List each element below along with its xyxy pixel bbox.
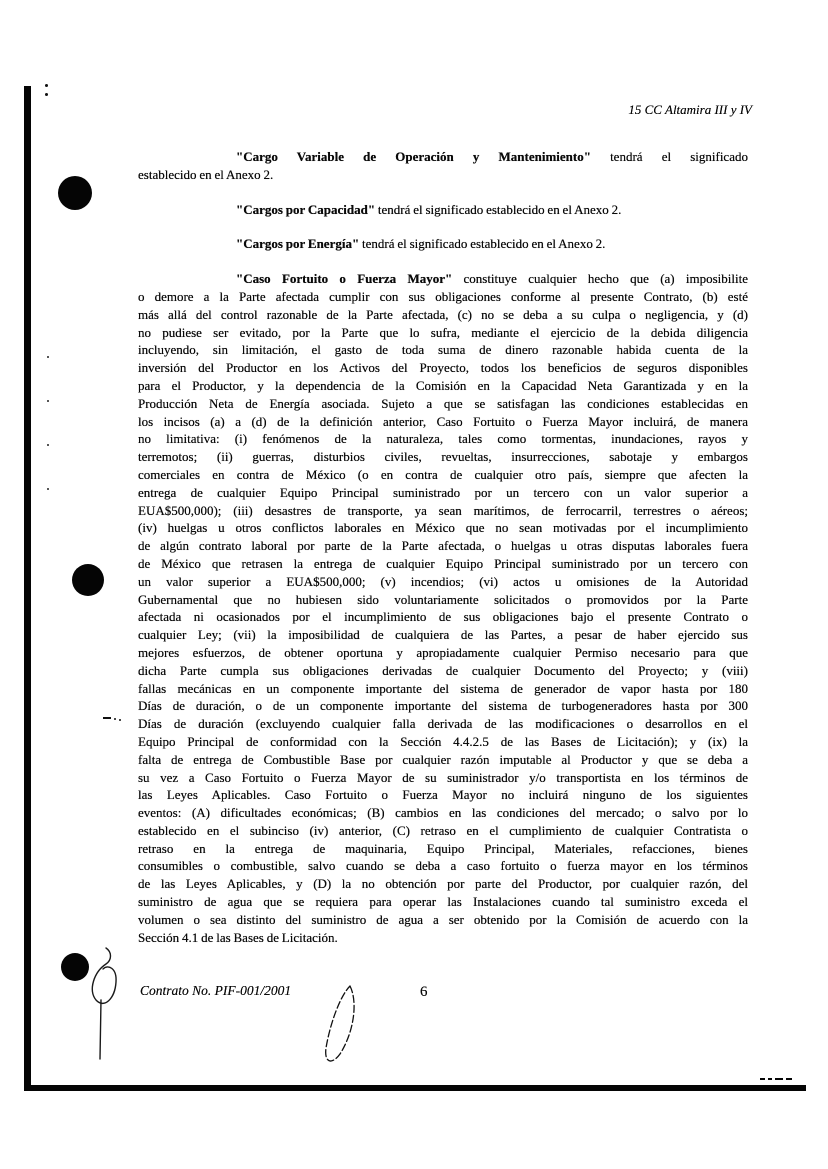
- text-line: o demore a la Parte afectada cumplir con…: [138, 288, 748, 306]
- margin-speck: [47, 444, 49, 446]
- stray-colon-mark: [45, 84, 48, 96]
- paragraph: "Cargos por Capacidad" tendrá el signifi…: [138, 201, 748, 219]
- paragraph: "Cargos por Energía" tendrá el significa…: [138, 235, 748, 253]
- text-line: más allá del control razonable de la Par…: [138, 306, 748, 324]
- text-line: (iv) huelgas u otros conflictos laborale…: [138, 519, 748, 537]
- text-line: Gubernamental que no hubiesen sido volun…: [138, 591, 748, 609]
- text-line: suministro de agua que se requiera para …: [138, 893, 748, 911]
- text-line: de México que retrasen la entrega de cua…: [138, 555, 748, 573]
- margin-annotation-mark: [103, 714, 125, 722]
- text-line: no pudiese ser evitado, por la Parte que…: [138, 324, 748, 342]
- page-number: 6: [420, 984, 428, 1001]
- text-line: "Cargos por Capacidad" tendrá el signifi…: [138, 201, 748, 219]
- text-line: Producción Neta de Energía asociada. Suj…: [138, 395, 748, 413]
- margin-speck: [47, 488, 49, 490]
- text-line: falta de entrega de Combustible Base por…: [138, 751, 748, 769]
- text-line: inversión del Productor en los Activos d…: [138, 359, 748, 377]
- pencil-scribble-mark: [84, 938, 128, 1064]
- text-line: un valor superior a EUA$500,000; (v) inc…: [138, 573, 748, 591]
- footer-contract-number: Contrato No. PIF-001/2001: [140, 983, 291, 999]
- text-line: terremotos; (ii) guerras, disturbios civ…: [138, 448, 748, 466]
- text-line: "Caso Fortuito o Fuerza Mayor" constituy…: [138, 270, 748, 288]
- text-line: "Cargos por Energía" tendrá el significa…: [138, 235, 748, 253]
- text-line: "Cargo Variable de Operación y Mantenimi…: [138, 148, 748, 166]
- text-line: Días de duración (excluyendo cualquier f…: [138, 715, 748, 733]
- text-line: Días de duración, o de un componente imp…: [138, 697, 748, 715]
- handwritten-paraph-mark: [312, 980, 360, 1070]
- text-line: Sección 4.1 de las Bases de Licitación.: [138, 929, 748, 947]
- paragraph: "Cargo Variable de Operación y Mantenimi…: [138, 148, 748, 184]
- text-line: retraso en la entrega de maquinaria, Equ…: [138, 840, 748, 858]
- margin-speck: [47, 356, 49, 358]
- text-line: fallas mecánicas en un componente import…: [138, 680, 748, 698]
- text-line: consumibles o combustible, salvo cuando …: [138, 857, 748, 875]
- text-line: de algún contrato laboral por parte de l…: [138, 537, 748, 555]
- text-line: afectada ni ocasionados por el incumplim…: [138, 608, 748, 626]
- text-line: entrega de cualquier Equipo Principal su…: [138, 484, 748, 502]
- text-line: comerciales en contra de México (o en co…: [138, 466, 748, 484]
- text-line: no limitativa: (i) fenómenos de la natur…: [138, 430, 748, 448]
- text-line: mejores esfuerzos, de obtener oportuna y…: [138, 644, 748, 662]
- text-line: establecido en el Anexo 2.: [138, 166, 748, 184]
- text-line: eventos: (A) dificultades económicas; (B…: [138, 804, 748, 822]
- text-line: cualquier Ley; (vii) la imposibilidad de…: [138, 626, 748, 644]
- text-line: para el Productor, y la dependencia de l…: [138, 377, 748, 395]
- text-line: las Leyes Aplicables. Caso Fortuito o Fu…: [138, 786, 748, 804]
- body-paragraphs: "Cargo Variable de Operación y Mantenimi…: [138, 148, 748, 963]
- paragraph: "Caso Fortuito o Fuerza Mayor" constituy…: [138, 270, 748, 946]
- scanned-page: 15 CC Altamira III y IV "Cargo Variable …: [0, 0, 828, 1169]
- text-line: su vez a Caso Fortuito o Fuerza Mayor de…: [138, 769, 748, 787]
- text-line: volumen o sea distinto del suministro de…: [138, 911, 748, 929]
- text-line: EUA$500,000); (iii) desastres de transpo…: [138, 502, 748, 520]
- text-line: incluyendo, sin limitación, el gasto de …: [138, 341, 748, 359]
- punch-hole: [72, 564, 104, 596]
- text-line: Equipo Principal de conformidad con la S…: [138, 733, 748, 751]
- page-edge-left: [24, 86, 31, 1091]
- text-line: dicha Parte cumpla sus obligaciones deri…: [138, 662, 748, 680]
- page-edge-bottom: [24, 1085, 806, 1091]
- text-line: los incisos (a) a (d) de la definición a…: [138, 413, 748, 431]
- punch-hole: [58, 176, 92, 210]
- text-line: establecido en el subinciso (iv) anterio…: [138, 822, 748, 840]
- margin-speck: [47, 400, 49, 402]
- scan-dash-artifact: [760, 1077, 794, 1081]
- text-line: de las Leyes Aplicables, y (D) la no obt…: [138, 875, 748, 893]
- running-header: 15 CC Altamira III y IV: [628, 102, 752, 117]
